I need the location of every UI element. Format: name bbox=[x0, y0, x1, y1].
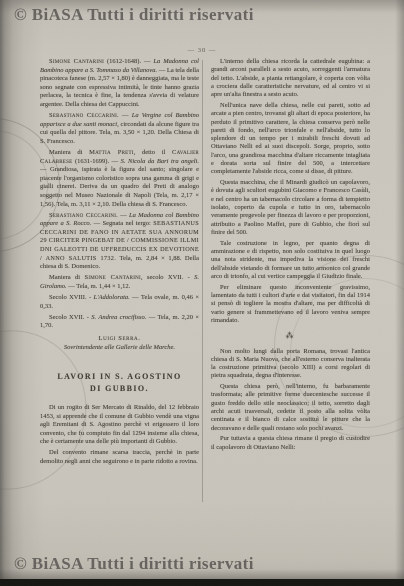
signature-name: Luigi Serra. bbox=[40, 335, 199, 344]
page-spine-shadow bbox=[0, 0, 44, 586]
paragraph: Del convento rimane scarsa traccia, perc… bbox=[40, 449, 199, 466]
paragraph: Secolo XVII. - S. Andrea crocifisso. — T… bbox=[40, 314, 199, 331]
text-columns: Simone Cantarini (1612-1648). — La Madon… bbox=[40, 58, 370, 469]
paragraph: Di un rogito di Ser Mercato di Rinaldo, … bbox=[40, 404, 199, 447]
paragraph: Tale costruzione in legno, per quanto de… bbox=[211, 240, 370, 281]
asterism-separator: ⁂ bbox=[211, 332, 370, 340]
section-heading: LAVORI IN S. AGOSTINODI GUBBIO. bbox=[40, 371, 199, 395]
paragraph: Secolo XVIII. - L'Addolorata. — Tela ova… bbox=[40, 294, 199, 311]
paragraph: Non molto lungi dalla porta Romana, trov… bbox=[211, 348, 370, 381]
paragraph: L'interno della chiesa ricorda la catted… bbox=[211, 58, 370, 99]
copyright-watermark-bottom: © BiASA Tutti i diritti riservati bbox=[14, 554, 254, 574]
paragraph: Questa macchina, che il Minardi giudicò … bbox=[211, 179, 370, 237]
page-right-edge bbox=[395, 0, 404, 586]
paragraph: Maniera di Mattia Preti, detto il Cavali… bbox=[40, 149, 199, 209]
paragraph: Sebastiano Ceccarini. — La Madonna col B… bbox=[40, 212, 199, 272]
paragraph: Nell'unica nave della chiesa, nelle cui … bbox=[211, 102, 370, 177]
paragraph: Sebastiano Ceccarini. — La Vergine col B… bbox=[40, 112, 199, 146]
page-number: — 30 — bbox=[0, 47, 404, 54]
signature-role: Sovrintendente alle Gallerie delle March… bbox=[40, 344, 199, 353]
paragraph: Maniera di Simone Cantarini, secolo XVII… bbox=[40, 274, 199, 291]
paragraph: Questa chiesa però, nell'interno, fu bar… bbox=[211, 383, 370, 433]
scanned-book-page: © BiASA Tutti i diritti riservati — 30 —… bbox=[0, 0, 404, 586]
paragraph: Simone Cantarini (1612-1648). — La Madon… bbox=[40, 58, 199, 110]
paragraph: Pur tuttavia a questa chiesa rimane il p… bbox=[211, 435, 370, 452]
paragraph: Per eliminare questo inconveniente gravi… bbox=[211, 284, 370, 325]
column-left: Simone Cantarini (1612-1648). — La Madon… bbox=[40, 58, 199, 469]
copyright-watermark-top: © BiASA Tutti i diritti riservati bbox=[14, 5, 254, 25]
column-right: L'interno della chiesa ricorda la catted… bbox=[211, 58, 370, 469]
scan-bottom-bar bbox=[0, 579, 404, 586]
